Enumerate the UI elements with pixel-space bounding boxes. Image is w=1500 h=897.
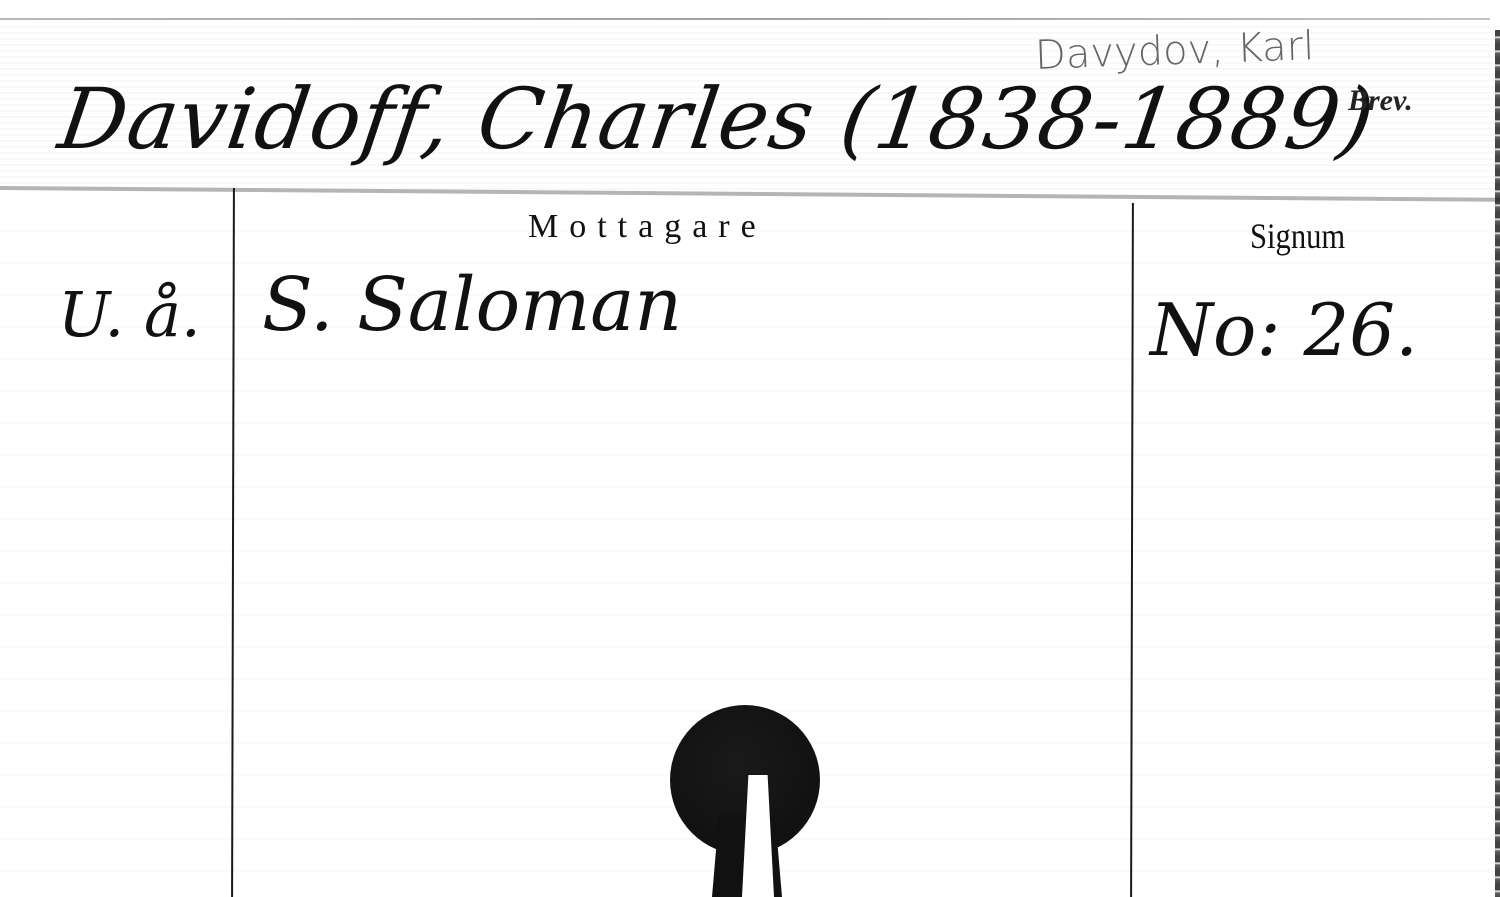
column-header-signum: Signum xyxy=(1250,215,1345,257)
pencil-annotation: Davydov, Karl xyxy=(1034,23,1315,79)
entry-recipient: S. Saloman xyxy=(262,262,682,348)
catalog-card: Davidoff, Charles (1838-1889) Davydov, K… xyxy=(0,0,1500,897)
entry-place: U. å. xyxy=(58,278,201,351)
card-top-edge xyxy=(0,18,1490,20)
card-type-label: Brev. xyxy=(1348,84,1413,118)
main-heading-handwritten: Davidoff, Charles (1838-1889) xyxy=(53,70,1381,168)
entry-signum: No: 26. xyxy=(1150,288,1418,372)
card-right-edge xyxy=(1495,30,1500,897)
column-header-mottagare: Mottagare xyxy=(528,208,767,246)
